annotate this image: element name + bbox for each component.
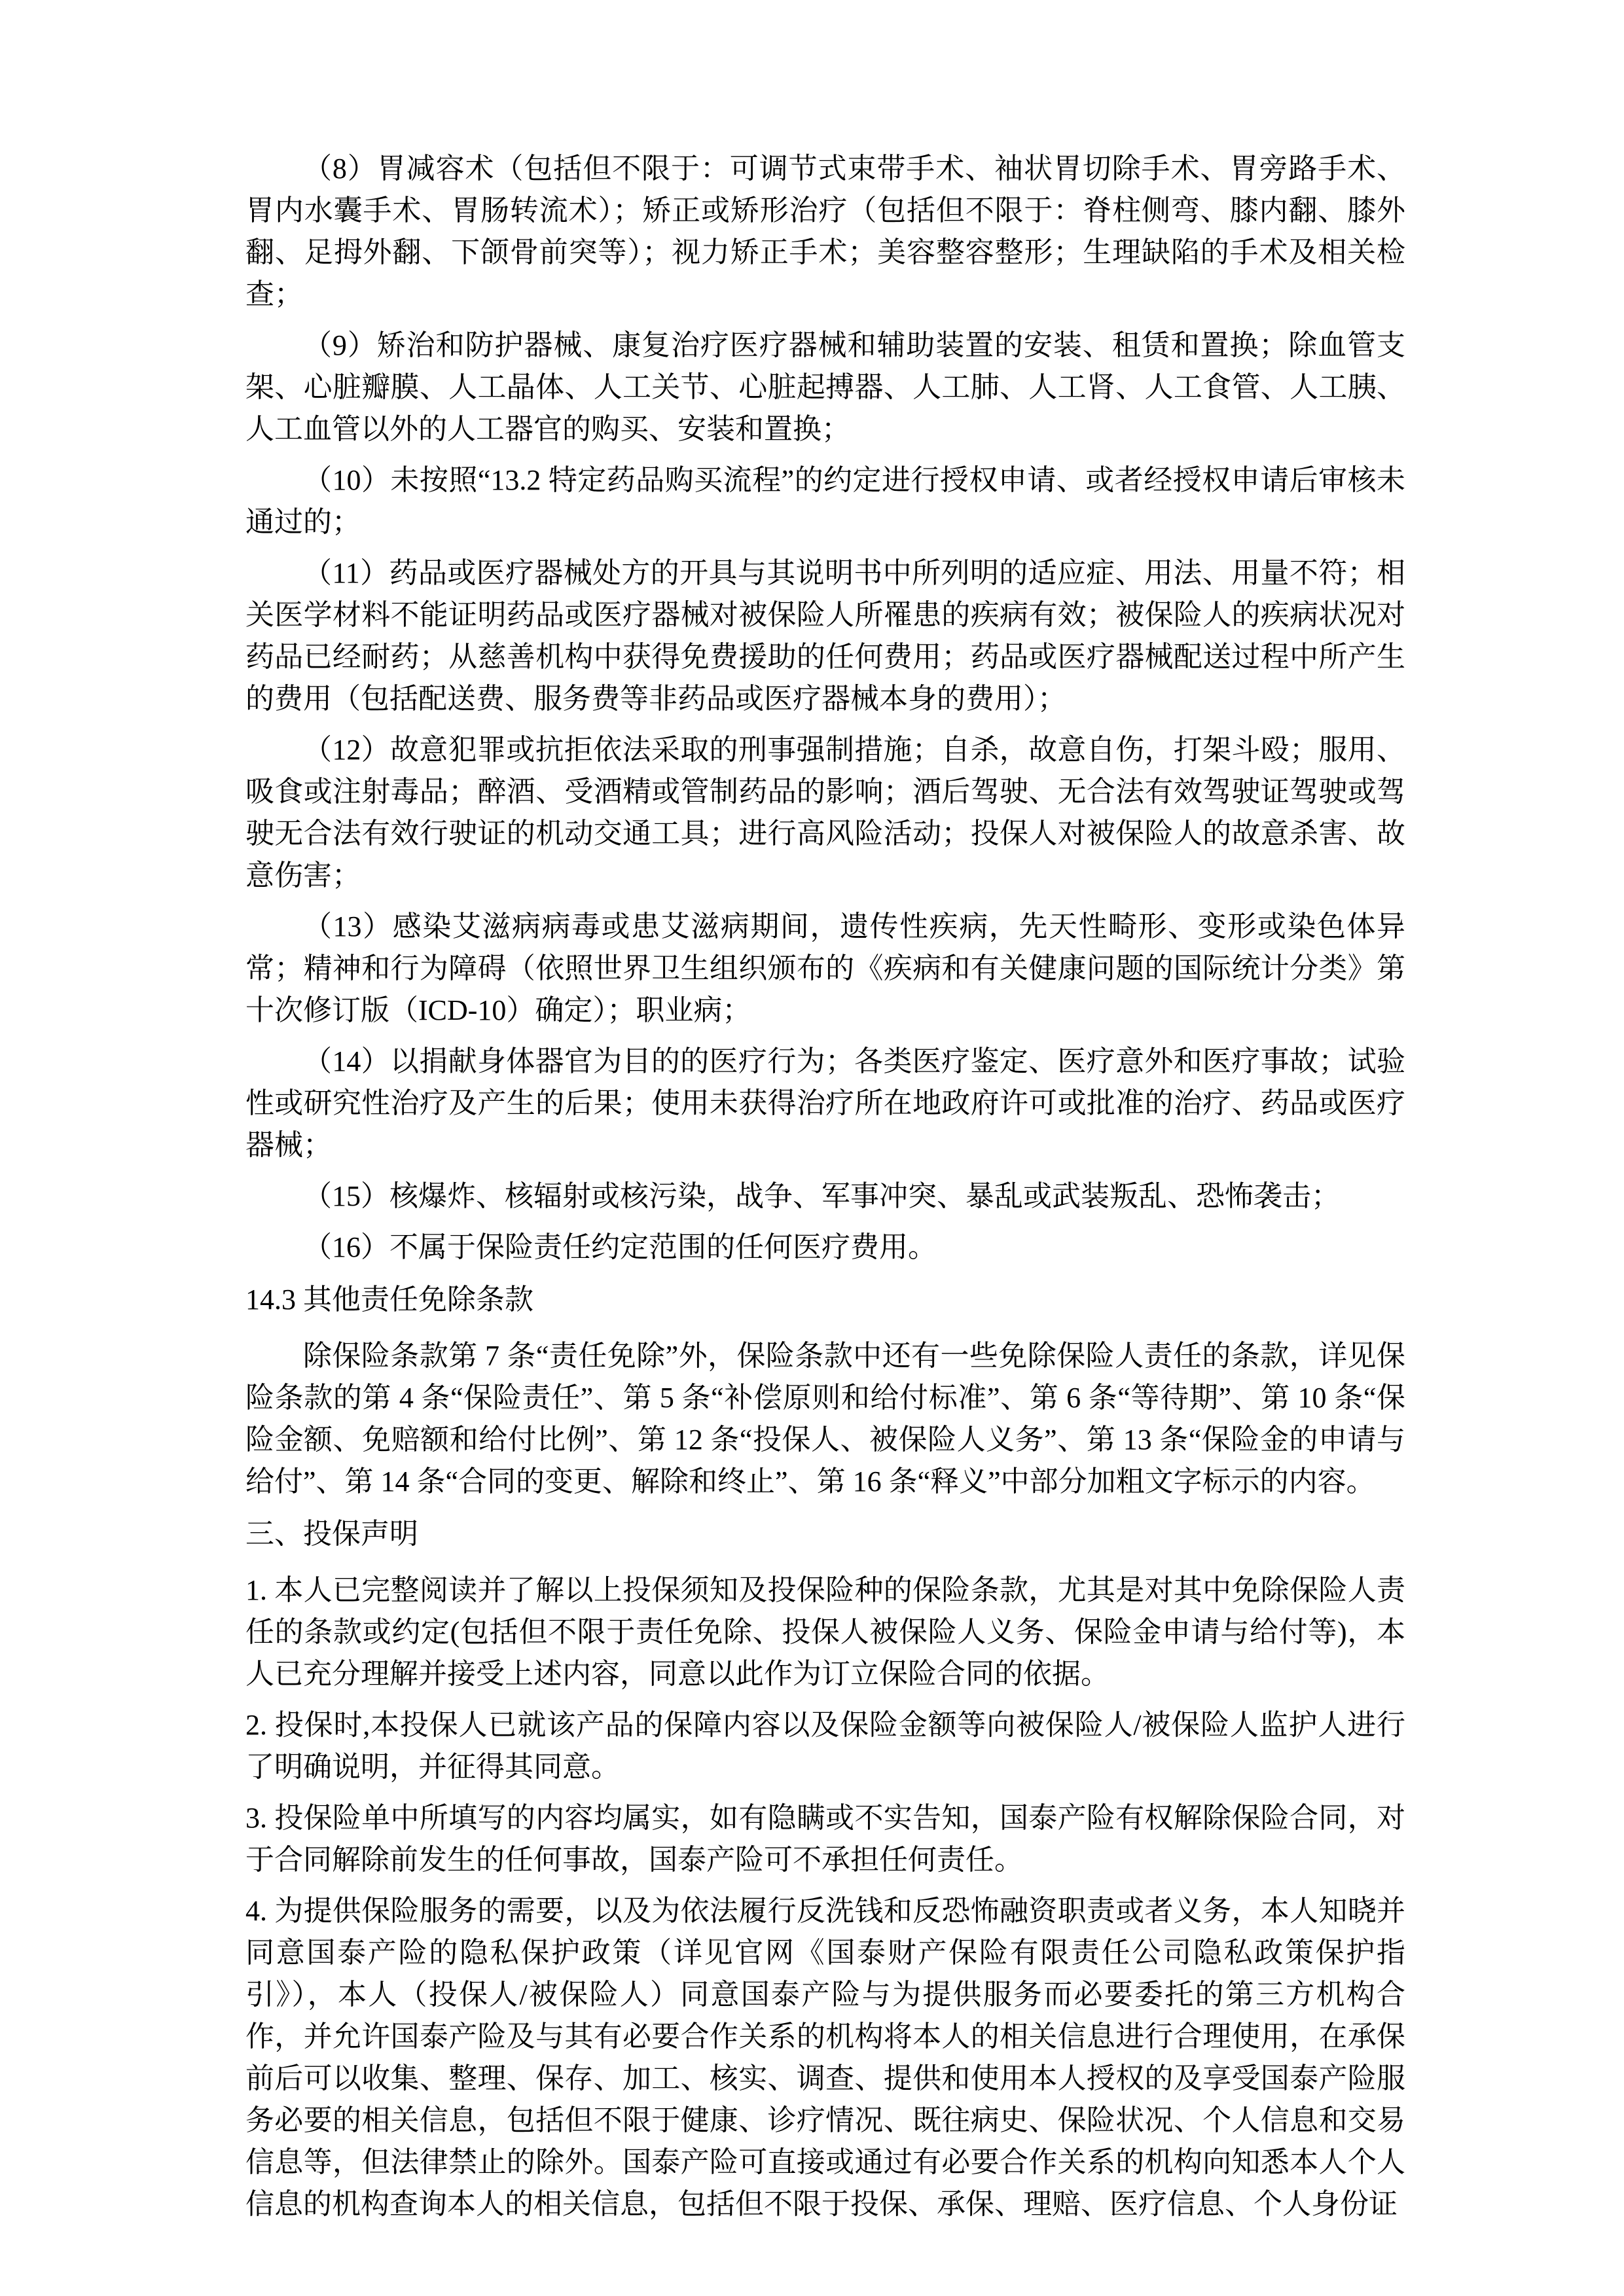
section-heading-declaration: 三、投保声明 [245,1513,1405,1555]
exclusion-item-12: （12）故意犯罪或抗拒依法采取的刑事强制措施；自杀，故意自伤，打架斗殴；服用、吸… [245,729,1405,897]
exclusion-item-14: （14）以捐献身体器官为目的的医疗行为；各类医疗鉴定、医疗意外和医疗事故；试验性… [245,1041,1405,1166]
declaration-item-4: 4. 为提供保险服务的需要，以及为依法履行反洗钱和反恐怖融资职责或者义务，本人知… [245,1890,1405,2225]
declaration-item-2: 2. 投保时,本投保人已就该产品的保障内容以及保险金额等向被保险人/被保险人监护… [245,1704,1405,1788]
document-content: （8）胃减容术（包括但不限于：可调节式束带手术、袖状胃切除手术、胃旁路手术、胃内… [245,148,1405,2234]
exclusion-item-8: （8）胃减容术（包括但不限于：可调节式束带手术、袖状胃切除手术、胃旁路手术、胃内… [245,148,1405,315]
exclusion-item-9: （9）矫治和防护器械、康复治疗医疗器械和辅助装置的安装、租赁和置换；除血管支架、… [245,325,1405,450]
exclusion-item-15: （15）核爆炸、核辐射或核污染，战争、军事冲突、暴乱或武装叛乱、恐怖袭击； [245,1175,1405,1217]
document-page: （8）胃减容术（包括但不限于：可调节式束带手术、袖状胃切除手术、胃旁路手术、胃内… [0,0,1624,2296]
other-exclusions-paragraph: 除保险条款第 7 条“责任免除”外，保险条款中还有一些免除保险人责任的条款，详见… [245,1335,1405,1503]
declaration-item-1: 1. 本人已完整阅读并了解以上投保须知及投保险种的保险条款，尤其是对其中免除保险… [245,1570,1405,1695]
exclusion-item-10: （10）未按照“13.2 特定药品购买流程”的约定进行授权申请、或者经授权申请后… [245,459,1405,543]
exclusion-item-11: （11）药品或医疗器械处方的开具与其说明书中所列明的适应症、用法、用量不符；相关… [245,552,1405,720]
exclusion-item-16: （16）不属于保险责任约定范围的任何医疗费用。 [245,1227,1405,1268]
declaration-item-3: 3. 投保险单中所填写的内容均属实，如有隐瞒或不实告知，国泰产险有权解除保险合同… [245,1797,1405,1881]
section-heading-other-exclusions: 14.3 其他责任免除条款 [245,1279,1405,1321]
exclusion-item-13: （13）感染艾滋病病毒或患艾滋病期间，遗传性疾病，先天性畸形、变形或染色体异常；… [245,906,1405,1031]
